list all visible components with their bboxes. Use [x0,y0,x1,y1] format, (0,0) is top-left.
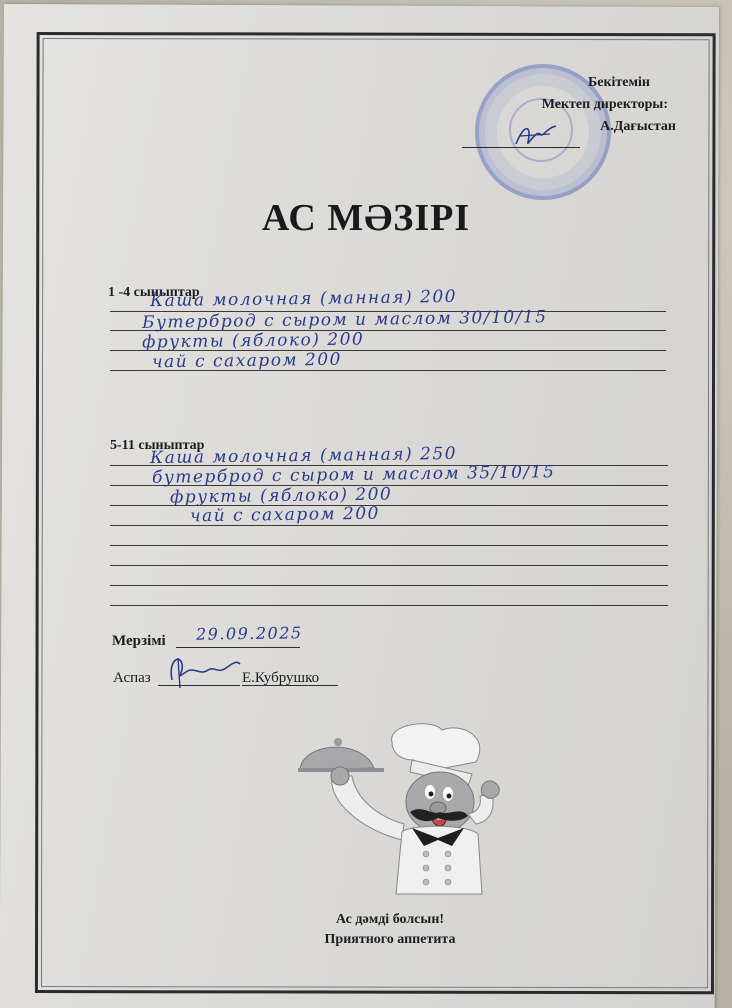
ruled-line [110,370,666,371]
approval-block: Бекітемін Мектеп директоры: А.Дағыстан [470,72,690,138]
ruled-line [110,585,668,586]
menu-item: Каша молочная (манная) 200 [150,287,457,311]
cook-name-underline [242,685,338,686]
director-signature-line [462,147,580,148]
date-underline [176,647,300,648]
menu-item: чай с сахаром 200 [152,350,342,373]
page-title: АС МӘЗІРІ [0,196,732,240]
approval-position: Мектеп директоры: [470,94,668,116]
approval-director-name: А.Дағыстан [470,116,676,138]
footer-wish-russian: Приятного аппетита [0,932,732,948]
chef-illustration-icon [292,712,507,902]
ruled-line [110,565,668,566]
ruled-line [110,525,668,526]
date-value: 29.09.2025 [196,623,303,643]
date-label: Мерзімі [112,633,166,650]
cook-signature-icon [160,650,245,690]
ruled-line [110,545,668,546]
footer-wish-kazakh: Ас дәмді болсын! [0,912,732,928]
cook-label: Аспаз [113,670,151,687]
ruled-line [110,605,668,606]
cook-signature-line [158,685,240,686]
menu-item: чай с сахаром 200 [190,504,380,527]
approval-heading: Бекітемін [470,72,650,94]
